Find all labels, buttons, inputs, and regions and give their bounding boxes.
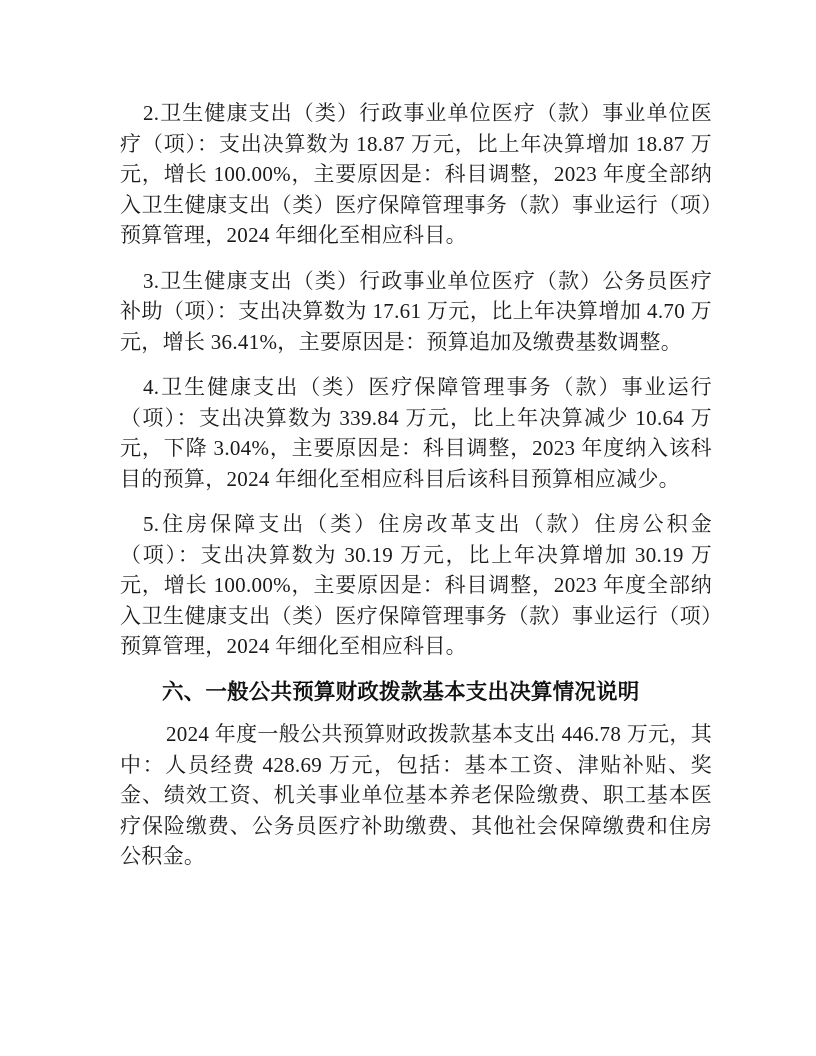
- paragraph-basic-expenditure-summary: 2024 年度一般公共预算财政拨款基本支出 446.78 万元，其中：人员经费 …: [120, 719, 712, 872]
- document-page: 2.卫生健康支出（类）行政事业单位医疗（款）事业单位医疗（项）：支出决算数为 1…: [0, 0, 816, 1056]
- paragraph-health-expenditure-item-4: 4.卫生健康支出（类）医疗保障管理事务（款）事业运行（项）：支出决算数为 339…: [120, 372, 712, 494]
- section-heading-basic-expenditure: 六、一般公共预算财政拨款基本支出决算情况说明: [120, 677, 712, 708]
- paragraph-housing-expenditure-item-5: 5.住房保障支出（类）住房改革支出（款）住房公积金（项）：支出决算数为 30.1…: [120, 509, 712, 662]
- paragraph-health-expenditure-item-2: 2.卫生健康支出（类）行政事业单位医疗（款）事业单位医疗（项）：支出决算数为 1…: [120, 98, 712, 251]
- paragraph-health-expenditure-item-3: 3.卫生健康支出（类）行政事业单位医疗（款）公务员医疗补助（项）：支出决算数为 …: [120, 266, 712, 358]
